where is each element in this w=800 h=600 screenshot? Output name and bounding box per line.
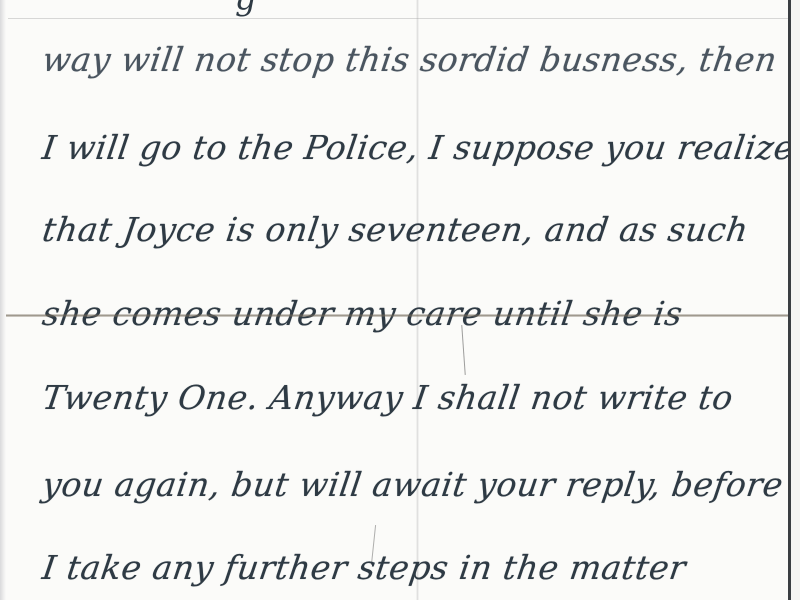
letter-line-6: you again, but will await your reply, be… [40, 465, 786, 504]
horizontal-fold-line [6, 314, 788, 317]
letter-page: g way will not stop this sordid busness,… [0, 0, 800, 600]
letter-line-5: Twenty One. Anyway I shall not write to [40, 378, 736, 417]
top-fold-line [8, 18, 788, 19]
letter-line-7: I take any further steps in the matter [40, 548, 688, 587]
scan-margin [791, 0, 800, 600]
cut-off-line-fragment: g [235, 0, 256, 17]
paper-left-edge [0, 0, 6, 600]
letter-line-2: I will go to the Police, I suppose you r… [40, 128, 797, 167]
letter-line-3: that Joyce is only seventeen, and as suc… [40, 210, 751, 249]
letter-line-1: way will not stop this sordid busness, t… [40, 40, 780, 79]
